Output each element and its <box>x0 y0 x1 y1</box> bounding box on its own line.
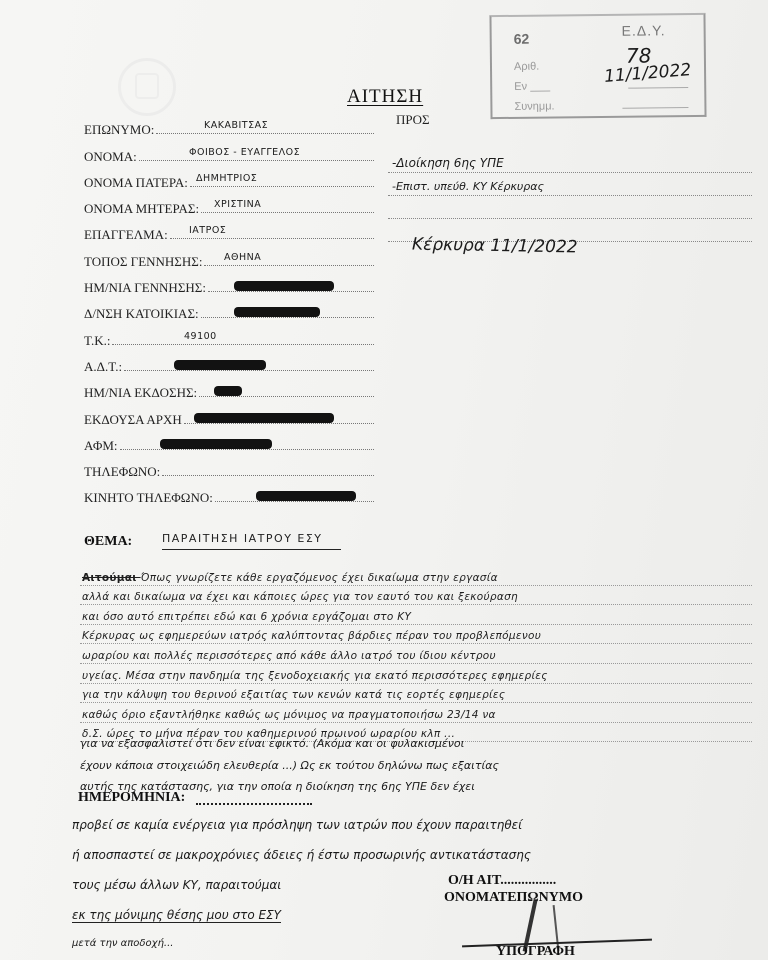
field-dots <box>162 475 374 476</box>
field-dots <box>201 317 374 318</box>
body-line: Αιτούμαι Όπως γνωρίζετε κάθε εργαζόμενος… <box>80 566 752 586</box>
recipient-line-1: -Διοίκηση 6ης ΥΠΕ <box>392 156 504 170</box>
field-label: ΤΟΠΟΣ ΓΕΝΝΗΣΗΣ: <box>84 254 204 270</box>
struck-word: Αιτούμαι <box>82 572 141 584</box>
redaction-bar <box>234 307 320 317</box>
field-row: ΤΟΠΟΣ ΓΕΝΝΗΣΗΣ:ΑΘΗΝΑ <box>84 243 374 269</box>
field-row: Α.Δ.Τ.: <box>84 349 374 375</box>
field-dots <box>201 212 374 213</box>
field-row: ΟΝΟΜΑ ΠΑΤΕΡΑ:ΔΗΜΗΤΡΙΟΣ <box>84 165 374 191</box>
body-line: καθώς όριο εξαντλήθηκε καθώς ως μόνιμος … <box>80 703 752 723</box>
field-row: ΕΠΩΝΥΜΟ:ΚΑΚΑΒΙΤΣΑΣ <box>84 112 374 138</box>
field-value: 49100 <box>184 331 217 342</box>
subject-value: ΠΑΡΑΙΤΗΣΗ ΙΑΤΡΟΥ ΕΣΥ <box>162 532 341 550</box>
field-dots <box>204 265 374 266</box>
body-line: αλλά και δικαίωμα να έχει και κάποιες ώρ… <box>80 586 752 606</box>
body-line-text: υγείας. Μέσα στην πανδημία της ξενοδοχει… <box>82 670 548 682</box>
recipient-line-2: -Επιστ. υπεύθ. ΚΥ Κέρκυρας <box>392 180 544 193</box>
subject-label: ΘΕΜΑ: <box>84 534 132 550</box>
handwritten-line: έχουν κάποια στοιχειώδη ελευθερία ...) Ω… <box>80 759 760 781</box>
field-dots <box>139 160 374 161</box>
body-line: και όσο αυτό επιτρέπει εδώ και 6 χρόνια … <box>80 605 752 625</box>
field-value: ΧΡΙΣΤΙΝΑ <box>214 199 261 210</box>
protocol-stamp: 62 Ε.Δ.Υ. Αριθ. Εν Συνημμ. 78 11/1/2022 <box>489 13 706 119</box>
redaction-bar <box>256 491 356 501</box>
field-dots <box>208 291 374 292</box>
field-row: ΚΙΝΗΤΟ ΤΗΛΕΦΩΝΟ: <box>84 480 374 506</box>
redaction-bar <box>214 386 242 396</box>
stamp-organization: Ε.Δ.Υ. <box>622 22 666 38</box>
body-line-text: για την κάλυψη του θερινού εξαιτίας των … <box>82 689 505 701</box>
stamp-number: 62 <box>514 31 530 47</box>
field-dots <box>112 344 374 345</box>
redaction-bar <box>234 281 334 291</box>
signature-label: ΥΠΟΓΡΑΦΗ <box>496 944 575 960</box>
redaction-bar <box>174 360 266 370</box>
handwritten-line: εκ της μόνιμης θέσης μου στο ΕΣΥ <box>72 908 762 938</box>
request-body-lines: Αιτούμαι Όπως γνωρίζετε κάθε εργαζόμενος… <box>80 566 752 742</box>
field-dots <box>170 238 374 239</box>
field-label: Α.Δ.Τ.: <box>84 359 124 375</box>
recipient-label: ΠΡΟΣ <box>396 112 430 128</box>
field-dots <box>215 501 374 502</box>
body-line: Κέρκυρας ως εφημερεύων ιατρός καλύπτοντα… <box>80 625 752 645</box>
stamp-date: 11/1/2022 <box>603 60 691 87</box>
field-row: ΗΜ/ΝΙΑ ΕΚΔΟΣΗΣ: <box>84 375 374 401</box>
field-dots <box>156 133 374 134</box>
field-label: ΕΠΩΝΥΜΟ: <box>84 122 156 138</box>
body-line: για την κάλυψη του θερινού εξαιτίας των … <box>80 684 752 704</box>
field-row: ΕΚΔΟΥΣΑ ΑΡΧΗ <box>84 401 374 427</box>
field-dots <box>199 396 374 397</box>
field-label: ΕΠΑΓΓΕΛΜΑ: <box>84 227 170 243</box>
field-label: ΤΗΛΕΦΩΝΟ: <box>84 464 162 480</box>
field-dots <box>120 449 374 450</box>
body-line: ωραρίου και πολλές περισσότερες από κάθε… <box>80 644 752 664</box>
field-label: ΟΝΟΜΑ: <box>84 149 139 165</box>
field-row: ΟΝΟΜΑ ΜΗΤΕΡΑΣ:ΧΡΙΣΤΙΝΑ <box>84 191 374 217</box>
field-dots <box>184 423 374 424</box>
field-row: ΑΦΜ: <box>84 428 374 454</box>
field-row: ΤΗΛΕΦΩΝΟ: <box>84 454 374 480</box>
handwritten-line: προβεί σε καμία ενέργεια για πρόσληψη τω… <box>72 818 762 848</box>
recipient-lines: -Διοίκηση 6ης ΥΠΕ -Επιστ. υπεύθ. ΚΥ Κέρκ… <box>388 150 752 242</box>
field-value: ΙΑΤΡΟΣ <box>189 225 226 236</box>
date-field-dots <box>196 803 312 805</box>
date-field-label: ΗΜΕΡΟΜΗΝΙΑ: <box>78 790 185 806</box>
field-label: ΟΝΟΜΑ ΠΑΤΕΡΑ: <box>84 175 190 191</box>
field-label: ΚΙΝΗΤΟ ΤΗΛΕΦΩΝΟ: <box>84 490 215 506</box>
scanned-application-form: 62 Ε.Δ.Υ. Αριθ. Εν Συνημμ. 78 11/1/2022 … <box>0 0 768 960</box>
personal-details-fields: ΕΠΩΝΥΜΟ:ΚΑΚΑΒΙΤΣΑΣΟΝΟΜΑ:ΦΟΙΒΟΣ - ΕΥΑΓΓΕΛ… <box>84 112 374 506</box>
field-dots <box>190 186 374 187</box>
stamp-attachments-label: Συνημμ. <box>514 100 554 112</box>
field-label: Τ.Κ.: <box>84 333 112 349</box>
body-line-text: αλλά και δικαίωμα να έχει και κάποιες ώρ… <box>82 591 518 603</box>
field-row: Τ.Κ.:49100 <box>84 322 374 348</box>
field-row: Δ/ΝΣΗ ΚΑΤΟΙΚΙΑΣ: <box>84 296 374 322</box>
handwritten-line: μετά την αποδοχή... <box>72 938 762 952</box>
field-row: ΟΝΟΜΑ:ΦΟΙΒΟΣ - ΕΥΑΓΓΕΛΟΣ <box>84 138 374 164</box>
field-label: ΕΚΔΟΥΣΑ ΑΡΧΗ <box>84 412 184 428</box>
field-label: ΑΦΜ: <box>84 438 120 454</box>
place-and-date: Κέρκυρα 11/1/2022 <box>412 235 578 258</box>
handwritten-line: για να εξασφαλιστεί ότι δεν είναι εφικτό… <box>80 737 760 759</box>
document-title: ΑΙΤΗΣΗ <box>347 86 423 108</box>
redaction-bar <box>194 413 334 423</box>
field-label: ΗΜ/ΝΙΑ ΓΕΝΝΗΣΗΣ: <box>84 280 208 296</box>
redaction-bar <box>160 439 272 449</box>
field-row: ΗΜ/ΝΙΑ ΓΕΝΝΗΣΗΣ: <box>84 270 374 296</box>
field-value: ΚΑΚΑΒΙΤΣΑΣ <box>204 120 268 131</box>
applicant-label: Ο/Η ΑΙΤ................ <box>448 873 556 889</box>
body-line-text: ωραρίου και πολλές περισσότερες από κάθε… <box>82 650 496 662</box>
field-value: ΔΗΜΗΤΡΙΟΣ <box>196 173 257 184</box>
field-value: ΦΟΙΒΟΣ - ΕΥΑΓΓΕΛΟΣ <box>189 147 300 158</box>
handwritten-line: τους μέσω άλλων ΚΥ, παραιτούμαι <box>72 878 762 908</box>
body-line-text: Κέρκυρας ως εφημερεύων ιατρός καλύπτοντα… <box>82 630 541 642</box>
body-line-text: και όσο αυτό επιτρέπει εδώ και 6 χρόνια … <box>82 611 411 623</box>
field-label: ΗΜ/ΝΙΑ ΕΚΔΟΣΗΣ: <box>84 385 199 401</box>
field-label: Δ/ΝΣΗ ΚΑΤΟΙΚΙΑΣ: <box>84 306 201 322</box>
body-line: υγείας. Μέσα στην πανδημία της ξενοδοχει… <box>80 664 752 684</box>
body-line-text: καθώς όριο εξαντλήθηκε καθώς ως μόνιμος … <box>82 709 496 721</box>
stamp-en-label: Εν <box>514 81 527 93</box>
field-dots <box>124 370 374 371</box>
request-closing-lines: προβεί σε καμία ενέργεια για πρόσληψη τω… <box>72 818 762 952</box>
body-line-text: Αιτούμαι Όπως γνωρίζετε κάθε εργαζόμενος… <box>82 572 498 584</box>
handwritten-line: ή αποσπαστεί σε μακροχρόνιες άδειες ή έσ… <box>72 848 762 878</box>
stamp-protocol-label: Αριθ. <box>514 61 539 73</box>
faint-emblem-icon <box>118 58 176 116</box>
field-value: ΑΘΗΝΑ <box>224 252 261 263</box>
field-row: ΕΠΑΓΓΕΛΜΑ:ΙΑΤΡΟΣ <box>84 217 374 243</box>
fullname-label: ΟΝΟΜΑΤΕΠΩΝΥΜΟ <box>444 890 583 906</box>
field-label: ΟΝΟΜΑ ΜΗΤΕΡΑΣ: <box>84 201 201 217</box>
